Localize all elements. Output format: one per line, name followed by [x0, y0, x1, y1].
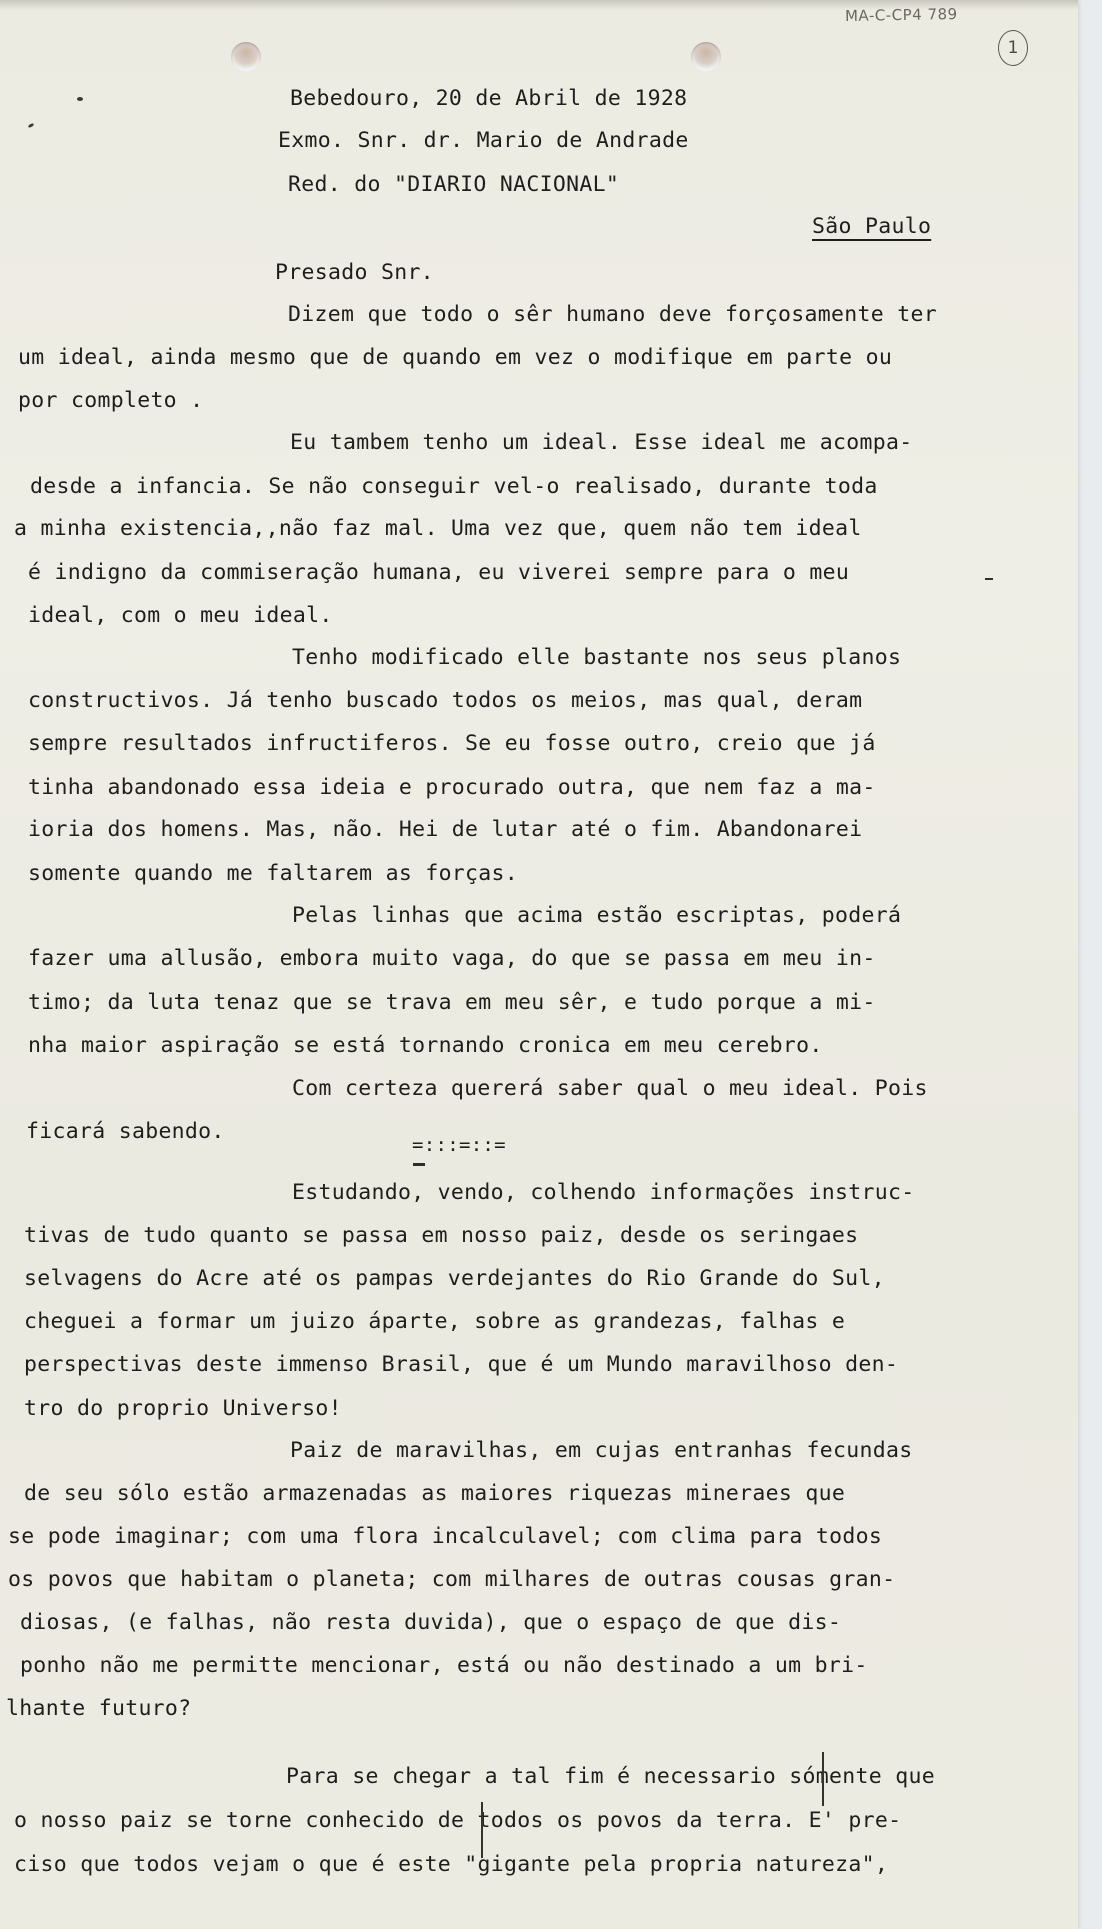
body-line: os povos que habitam o planeta; com milh… [8, 1567, 895, 1592]
body-line: Pelas linhas que acima estão escriptas, … [292, 903, 901, 928]
archive-reference: MA-C-CP4 789 [845, 5, 958, 25]
separator-underline [413, 1163, 425, 1166]
body-line: se pode imaginar; com uma flora incalcul… [8, 1524, 882, 1549]
body-line: lhante futuro? [6, 1696, 191, 1721]
body-line: ficará sabendo. [26, 1119, 225, 1144]
body-line: perspectivas deste immenso Brasil, que é… [24, 1352, 898, 1377]
body-line: tro do proprio Universo! [24, 1396, 342, 1421]
body-line: ciso que todos vejam o que é este "gigan… [14, 1852, 888, 1877]
margin-mark [985, 578, 993, 580]
body-line: Eu tambem tenho um ideal. Esse ideal me … [290, 430, 912, 455]
punch-hole-right [691, 42, 721, 72]
body-line: o nosso paiz se torne conhecido de todos… [14, 1808, 901, 1833]
city: São Paulo [812, 214, 931, 239]
body-line: de seu sólo estão armazenadas as maiores… [24, 1481, 845, 1506]
body-line: é indigno da commiseração humana, eu viv… [28, 560, 849, 585]
pen-separator-stroke [481, 1802, 483, 1858]
body-line: a minha existencia,,não faz mal. Uma vez… [14, 516, 862, 541]
body-line: tivas de tudo quanto se passa em nosso p… [24, 1223, 858, 1248]
recipient: Exmo. Snr. dr. Mario de Andrade [278, 128, 689, 153]
body-line: Paiz de maravilhas, em cujas entranhas f… [290, 1438, 912, 1463]
page-number: 1 [1008, 38, 1019, 58]
body-line: um ideal, ainda mesmo que de quando em v… [18, 345, 892, 370]
body-line: ideal, com o meu ideal. [28, 603, 333, 628]
body-line: Com certeza quererá saber qual o meu ide… [292, 1076, 928, 1101]
body-line: sempre resultados infructiferos. Se eu f… [28, 731, 876, 756]
body-line: ponho não me permitte mencionar, está ou… [20, 1653, 868, 1678]
body-line: desde a infancia. Se não conseguir vel-o… [30, 474, 878, 499]
salutation: Presado Snr. [275, 260, 434, 285]
body-line: tinha abandonado essa ideia e procurado … [28, 775, 876, 800]
body-line: constructivos. Já tenho buscado todos os… [28, 688, 862, 713]
body-line: fazer uma allusão, embora muito vaga, do… [28, 946, 876, 971]
pen-separator-stroke [822, 1752, 824, 1806]
ink-speck [28, 123, 35, 129]
body-line: Estudando, vendo, colhendo informações i… [292, 1180, 914, 1205]
letter-page: MA-C-CP4 789 1 Bebedouro, 20 de Abril de… [0, 0, 1078, 1929]
body-line: selvagens do Acre até os pampas verdejan… [24, 1266, 885, 1291]
body-line: por completo . [18, 388, 203, 413]
page-number-circle: 1 [998, 30, 1028, 66]
punch-hole-left [231, 42, 261, 72]
body-line: ioria dos homens. Mas, não. Hei de lutar… [28, 817, 862, 842]
body-line: timo; da luta tenaz que se trava em meu … [28, 990, 876, 1015]
section-separator: =:::=::= [412, 1134, 506, 1156]
body-line: Dizem que todo o sêr humano deve forçosa… [288, 302, 937, 327]
body-line: nha maior aspiração se está tornando cro… [28, 1033, 823, 1058]
body-line: Tenho modificado elle bastante nos seus … [292, 645, 901, 670]
body-line: cheguei a formar um juizo áparte, sobre … [24, 1309, 845, 1334]
body-line: Para se chegar a tal fim é necessario só… [286, 1764, 935, 1789]
body-line: diosas, (e falhas, não resta duvida), qu… [20, 1610, 841, 1635]
body-line: somente quando me faltarem as forças. [28, 861, 518, 886]
ink-speck [77, 97, 83, 101]
place-date: Bebedouro, 20 de Abril de 1928 [290, 86, 687, 111]
organization: Red. do "DIARIO NACIONAL" [288, 172, 619, 197]
